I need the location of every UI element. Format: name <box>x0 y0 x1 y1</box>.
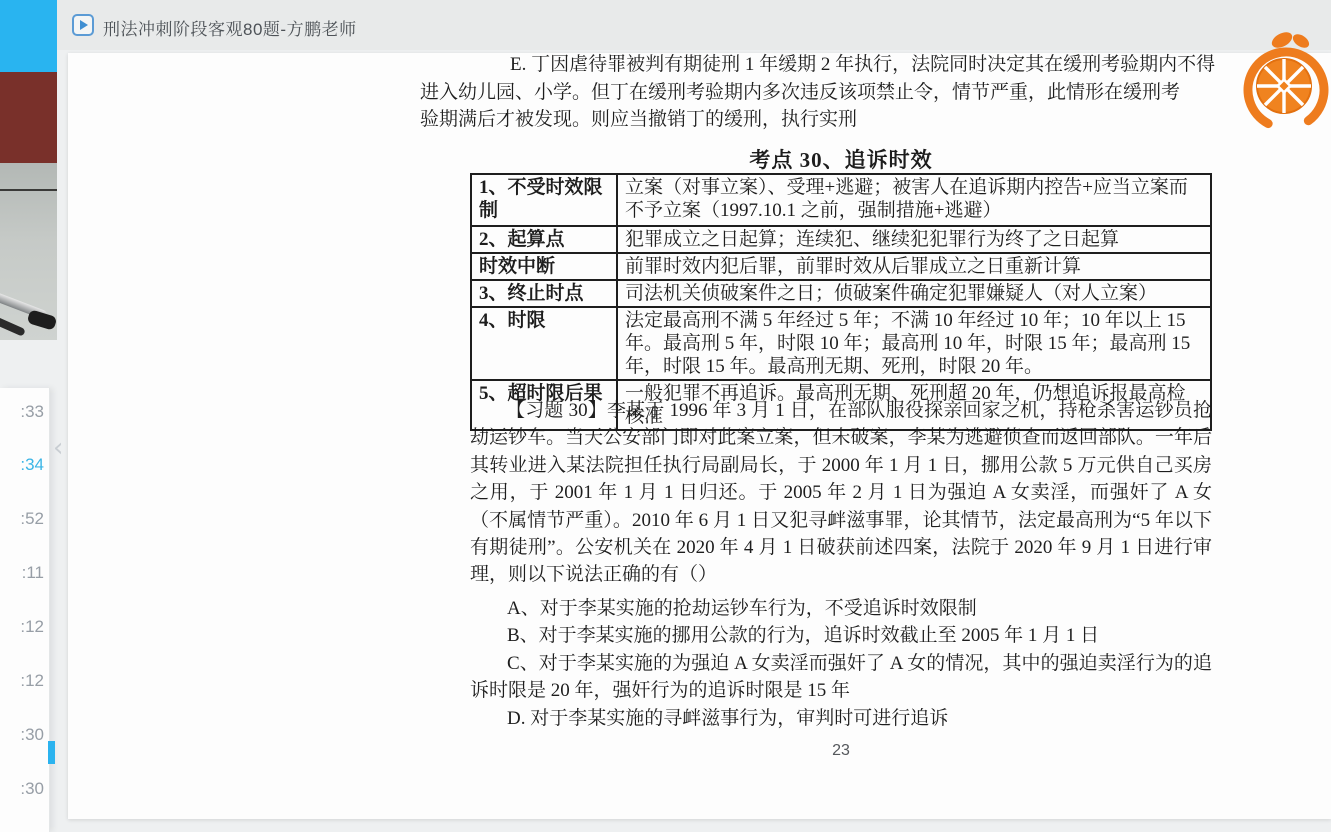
timestamp-panel: :33 :34 :52 :11 :12 :12 :30 :30 <box>0 388 50 832</box>
video-cyan-region <box>0 0 57 72</box>
table-row-key: 4、时限 <box>471 307 617 380</box>
table-row: 2、起算点 犯罪成立之日起算；连续犯、继续犯犯罪行为终了之日起算 <box>471 226 1211 253</box>
timestamp-item[interactable]: :12 <box>20 671 44 691</box>
video-maroon-region <box>0 72 57 163</box>
option-c: C、对于李某实施的为强迫 A 女卖淫而强奸了 A 女的情况，其中的强迫卖淫行为的… <box>470 650 1212 704</box>
option-b: B、对于李某实施的挪用公款的行为，追诉时效截止至 2005 年 1 月 1 日 <box>470 622 1212 649</box>
orange-logo-icon <box>1238 28 1331 136</box>
timestamp-item[interactable]: :30 <box>20 779 44 799</box>
table-row: 1、不受时效限制 立案（对事立案）、受理+逃避；被害人在追诉期内控告+应当立案而… <box>471 174 1211 226</box>
option-a: A、对于李某实施的抢劫运钞车行为，不受追诉时效限制 <box>470 595 1212 622</box>
document-page: E. 丁因虐待罪被判有期徒刑 1 年缓期 2 年执行，法院同时决定其在缓刑考验期… <box>68 53 1331 819</box>
video-title: 刑法冲刺阶段客观80题-方鹏老师 <box>103 15 357 40</box>
timestamp-item[interactable]: :52 <box>20 509 44 529</box>
scrollbar-thumb[interactable] <box>48 741 55 764</box>
video-thumbnail-strip[interactable] <box>0 0 57 340</box>
table-row-key: 时效中断 <box>471 253 617 280</box>
collapse-chevron-icon[interactable]: ‹ <box>53 435 63 461</box>
marker-pen-cap-icon <box>27 309 57 331</box>
exercise-question: 【习题 30】李某于 1996 年 3 月 1 日，在部队服役探亲回家之机，持枪… <box>470 397 1212 589</box>
table-row-key: 2、起算点 <box>471 226 617 253</box>
timestamp-item[interactable]: :30 <box>20 725 44 745</box>
intro-line-3: 验期满后才被发现。则应当撤销丁的缓刑，执行实刑 <box>420 104 857 131</box>
timestamp-item-active[interactable]: :34 <box>20 455 44 475</box>
marker-pen2-icon <box>0 313 26 337</box>
desk-edge-line <box>0 189 57 191</box>
table-row-value: 犯罪成立之日起算；连续犯、继续犯犯罪行为终了之日起算 <box>617 226 1211 253</box>
table-row: 4、时限 法定最高刑不满 5 年经过 5 年；不满 10 年经过 10 年；10… <box>471 307 1211 380</box>
table-row-value: 法定最高刑不满 5 年经过 5 年；不满 10 年经过 10 年；10 年以上 … <box>617 307 1211 380</box>
table-row-value: 前罪时效内犯后罪，前罪时效从后罪成立之日重新计算 <box>617 253 1211 280</box>
table-row-value: 立案（对事立案）、受理+逃避；被害人在追诉期内控告+应当立案而不予立案（1997… <box>617 174 1211 226</box>
play-triangle-icon <box>80 20 88 30</box>
table-row: 3、终止时点 司法机关侦破案件之日；侦破案件确定犯罪嫌疑人（对人立案） <box>471 280 1211 307</box>
table-row-key: 3、终止时点 <box>471 280 617 307</box>
timestamp-item[interactable]: :33 <box>20 402 44 422</box>
screen: 刑法冲刺阶段客观80题-方鹏老师 E. 丁因虐待罪被判有期徒刑 1 年缓期 2 … <box>0 0 1331 832</box>
timestamp-item[interactable]: :11 <box>22 563 44 583</box>
intro-line-1: E. 丁因虐待罪被判有期徒刑 1 年缓期 2 年执行，法院同时决定其在缓刑考验期… <box>510 53 1215 76</box>
timestamp-item[interactable]: :12 <box>20 617 44 637</box>
table-row: 时效中断 前罪时效内犯后罪，前罪时效从后罪成立之日重新计算 <box>471 253 1211 280</box>
option-d: D. 对于李某实施的寻衅滋事行为，审判时可进行追诉 <box>470 705 1212 732</box>
table-row-value: 司法机关侦破案件之日；侦破案件确定犯罪嫌疑人（对人立案） <box>617 280 1211 307</box>
page-number: 23 <box>470 742 1212 760</box>
intro-line-2: 进入幼儿园、小学。但丁在缓刑考验期内多次违反该项禁止令，情节严重，此情形在缓刑考 <box>420 77 1180 104</box>
key-points-table: 1、不受时效限制 立案（对事立案）、受理+逃避；被害人在追诉期内控告+应当立案而… <box>470 173 1212 431</box>
video-desk-region <box>0 163 57 340</box>
table-row-key: 1、不受时效限制 <box>471 174 617 226</box>
top-bar: 刑法冲刺阶段客观80题-方鹏老师 <box>57 0 1331 50</box>
play-icon <box>72 14 94 36</box>
section-heading: 考点 30、追诉时效 <box>470 144 1212 174</box>
